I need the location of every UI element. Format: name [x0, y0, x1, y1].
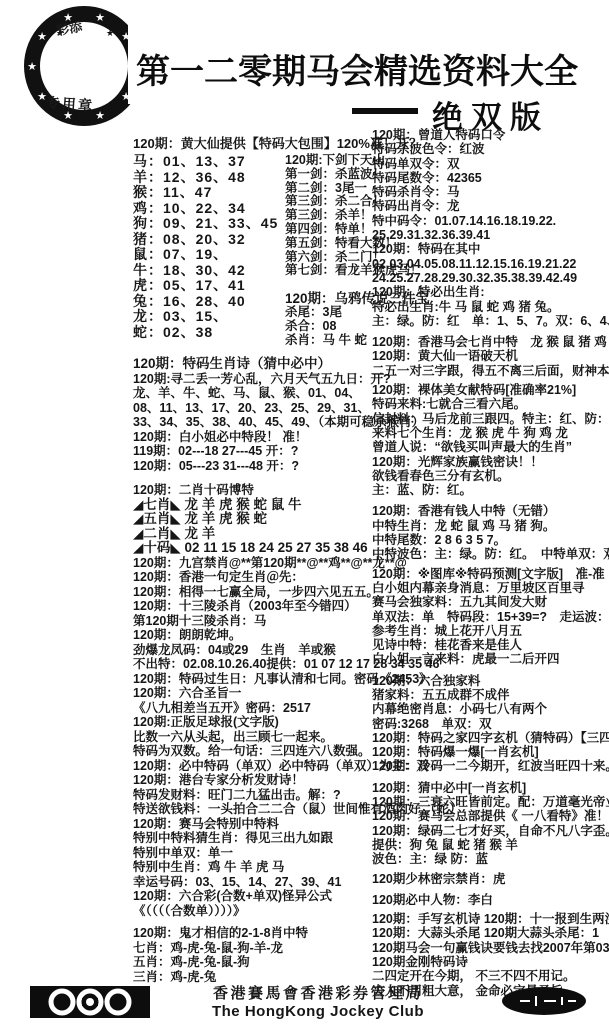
text-line: 猪家料：五五成群不成伴 [372, 688, 609, 702]
text-line: 120期：特码在其中 [372, 242, 609, 256]
oval-badge-icon [500, 986, 588, 1021]
text-line: 24.25.27.28.29.30.32.35.38.39.42.49 [372, 271, 609, 285]
text-line: 特码单双令：双 [372, 157, 609, 171]
text-line: 120期：特码爆一爆[一肖玄机] [372, 745, 609, 759]
text-line: 120期少林密宗禁肖：虎 [372, 872, 609, 886]
svg-text:★: ★ [27, 60, 37, 73]
svg-text:★: ★ [106, 29, 114, 39]
svg-text:★: ★ [112, 101, 120, 111]
text-line: 中特生肖：龙 蛇 鼠 鸡 马 猪 狗。 [372, 519, 609, 533]
text-line: 赛马会独家料：五九其间发大财 [372, 595, 609, 609]
text-line: 猪：08、20、32 [133, 232, 285, 248]
text-line: 猴：11、47 [133, 185, 285, 201]
text-line: 虎：05、17、41 [133, 278, 285, 294]
text-line: 特码来料:七就合三看六尾。 [372, 397, 609, 411]
text-line: 120期：手写玄机诗 120期：十一报到生两注。 [372, 912, 609, 926]
text-line: 特中码令：01.07.14.16.18.19.22. [372, 214, 609, 228]
text-line: 白小姐一言来料：虎最一二后开四 [372, 652, 609, 666]
text-line: 120期：绿码二七才好买，自命不凡八字歪。 [372, 824, 609, 838]
text-line: 提供：狗 兔 鼠 蛇 猪 猴 羊 [372, 838, 609, 852]
jockey-club-logo-icon [30, 986, 150, 1023]
text-line: 牛：18、30、42 [133, 263, 285, 279]
text-line: 二五一对三字跟，得五不离三后面，财神本期送来三。 [372, 364, 609, 378]
zodiac-number-list: 马：01、13、37羊：12、36、48猴：11、47鸡：10、22、34狗：0… [133, 154, 285, 340]
text-line: 120期：曾道人特码口令 [372, 128, 609, 142]
footer: 香港賽馬會香港彩券管理局 The HongKong Jockey Club [0, 980, 609, 1024]
text-line: 兔：16、28、40 [133, 294, 285, 310]
text-line: 见诗中特：桂花香来是佳人 [372, 638, 609, 652]
text-line: 120期：※图库※特码预测[文字版] 准-准 [372, 567, 609, 581]
text-line: 120期：六合独家料 [372, 674, 609, 688]
text-line: 120期：光辉家族赢钱密诀！！ [372, 455, 609, 469]
svg-text:★: ★ [95, 11, 105, 24]
text-line: 波色：主：绿 防：蓝 [372, 852, 609, 866]
page: ★★★ ★★★ ★★★ ★ ★★★ 彩添 专用章 第一二零期马会精选资料大全 绝… [0, 0, 609, 1024]
text-line: 120期：香港马会七肖中特 龙 猴 鼠 猪 鸡 蛇 羊 [372, 335, 609, 349]
footer-text-block: 香港賽馬會香港彩券管理局 The HongKong Jockey Club [168, 982, 468, 1020]
text-line: 龙：03、15、 [133, 309, 285, 325]
text-line: 鼠：07、19、 [133, 247, 285, 263]
text-line: 120期：香港有钱人中特（无错） [372, 504, 609, 518]
text-line: 120期：猜中必中[一肖玄机] [372, 781, 609, 795]
footer-english-name: The HongKong Jockey Club [168, 1003, 468, 1020]
text-line: 120期：冷码一二今期开，红波当旺四十来。开（？？） [372, 759, 609, 773]
svg-text:★: ★ [37, 30, 47, 43]
text-line: 鸡：10、22、34 [133, 201, 285, 217]
text-line: 参考生肖：城上花开八月五 [372, 624, 609, 638]
text-line: 中特尾数：2 8 6 3 5 7。 [372, 533, 609, 547]
text-line: 25.29.31.32.36.39.41 [372, 228, 609, 242]
text-line: 马：01、13、37 [133, 154, 285, 170]
text-line: 特码出肖令：龙 [372, 199, 609, 213]
text-line: 白小姐内幕亲身消息：万里坡区百里寻 [372, 581, 609, 595]
text-line: 02.03.04.05.08.11.12.15.16.19.21.22 [372, 257, 609, 271]
text-line: 120期必中人物：李白 [372, 893, 609, 907]
text-line: 曾道人说：“欲钱买叫声最大的生肖” [372, 440, 609, 454]
text-line: 欲钱看春色三分有玄机。 [372, 469, 609, 483]
text-line: 主：蓝、防：红。 [372, 483, 609, 497]
text-line: 120期：赛马会总部提供《 一八看特》准！ [372, 809, 609, 823]
text-line: 特码杀肖令：马 [372, 185, 609, 199]
text-line: 密码:3268 单双：双 [372, 717, 609, 731]
subtitle-dash [352, 108, 418, 114]
text-line: 来料七个生肖：龙 猴 虎 牛 狗 鸡 龙 [372, 426, 609, 440]
text-line: 120期：黄大仙一语破天机 [372, 349, 609, 363]
footer-chinese-name: 香港賽馬會香港彩券管理局 [168, 982, 468, 1003]
text-line: 信封料：马后龙前三跟四。特主：红、防：蓝。 [372, 412, 609, 426]
svg-text:★: ★ [95, 109, 105, 122]
text-line: 120期：裸体美女献特码[准确率21%] [372, 383, 609, 397]
text-line: 特必出生肖:牛 马 鼠 蛇 鸡 猪 兔。 [372, 300, 609, 314]
text-line: 120期：特码之家四字玄机（猜特码）【三四不离】 [372, 731, 609, 745]
text-line: 120期金刚特码诗 [372, 955, 609, 969]
text-line: 120期：三衰六旺皆前定。配：万道毫光帝业基。 [372, 795, 609, 809]
text-line: 主：绿。防：红 单：1、5、7。双：6、4、0 [372, 314, 609, 328]
text-line: 特码杀波色令：红波 [372, 142, 609, 156]
text-line: 单双法：单 特码段：15+39=? 走运波：红 蓝 [372, 610, 609, 624]
text-line: 120期马会一句赢钱诀要钱去找2007年第035期 [372, 941, 609, 955]
page-title: 第一二零期马会精选资料大全 [136, 44, 578, 93]
text-line: 特码尾数令：42365 [372, 171, 609, 185]
text-line: 120期：特必出生肖: [372, 285, 609, 299]
text-line: 蛇：02、38 [133, 325, 285, 341]
right-column: 120期：曾道人特码口令特码杀波色令：红波特码单双令：双特码尾数令：42365特… [372, 128, 609, 998]
text-line: 内幕绝密肖息：小码七八有两个 [372, 702, 609, 716]
text-line: 羊：12、36、48 [133, 170, 285, 186]
text-line: 狗：09、21、33、45 [133, 216, 285, 232]
stamp-bottom-text: 专用章 [45, 92, 94, 115]
text-line: 120期：大蒜头杀尾 120期大蒜头杀尾：1 [372, 926, 609, 940]
text-line: 中特波色：主：绿。防：红。 中特单双：双。 [372, 547, 609, 561]
